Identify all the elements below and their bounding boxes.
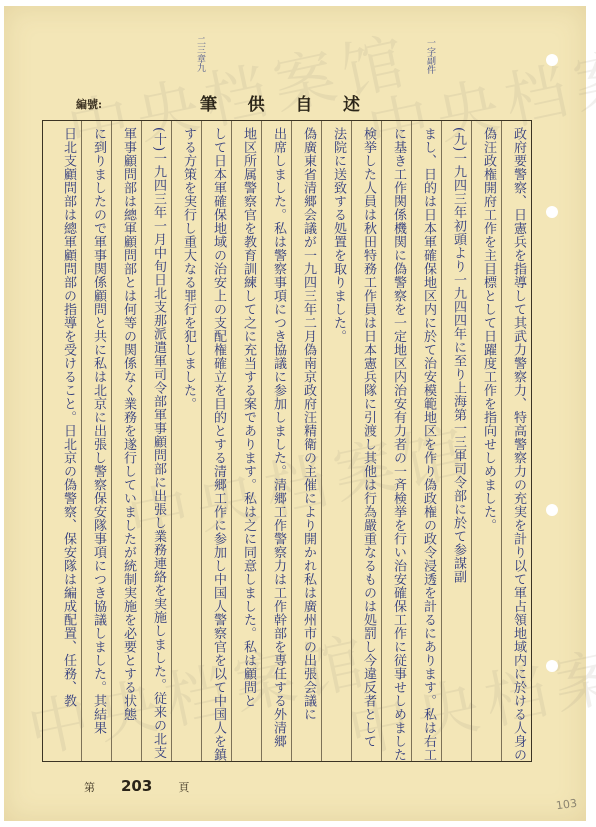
page-label-prefix: 第 xyxy=(84,779,95,795)
text-column: 出席しました。私は警察事項につき協議に参加しました。清郷工作警察力は工作幹部を専… xyxy=(261,121,291,761)
text-column: 日北支顧問部は總軍顧問部の指導を受けること。日北京の偽警察、保安隊は編成配置、任… xyxy=(51,121,81,761)
text-column: 検挙した人員は秋田特務工作員は日本憲兵隊に引渡し其他は行為嚴重なるものは処罰し今… xyxy=(351,121,381,761)
annotation-top-right: 一字副件 xyxy=(424,38,437,74)
text-column: 軍事顧問部は總軍顧問部とは何等の関係なく業務を遂行していましたが統制実施を必要と… xyxy=(111,121,141,761)
text-column: 偽汪政権開府工作を主目標として日躍度工作を指向せしめました。 xyxy=(471,121,501,761)
title-char: 自 xyxy=(295,90,312,115)
punch-hole xyxy=(546,206,558,218)
punch-hole xyxy=(546,504,558,516)
punch-hole xyxy=(546,660,558,672)
text-column: (九)一九四三年初頭より一九四四年に至り上海第一三軍司令部に於て参謀副 xyxy=(441,121,471,761)
label-number: 編號: xyxy=(76,96,102,112)
text-column: 偽廣東省清郷会議が一九四三年二月偽南京政府汪精衛の主催により開かれ私は廣州市の出… xyxy=(291,121,321,761)
page-number-footer: 第 203 頁 xyxy=(84,777,189,795)
text-column: に基き工作関係機関に偽警察を一定地区内治安有力者の一斉検挙を行い治安確保工作に従… xyxy=(381,121,411,761)
text-column: 法院に送致する処置を取りました。 xyxy=(321,121,351,761)
punch-hole xyxy=(546,54,558,66)
text-column: まし、日的は日本軍確保地区内に於て治安模範地区を作り偽政権の政令浸透を計るにあり… xyxy=(411,121,441,761)
title-char: 述 xyxy=(343,90,360,115)
archive-stamp: 103 xyxy=(555,797,578,813)
text-column: (十)一九四三年一月中旬日北支那派遣軍司令部軍事顧問部に出張し業務連絡を実施しま… xyxy=(141,121,171,761)
text-column: する方策を実行し重大なる罪行を犯しました。 xyxy=(171,121,201,761)
title-char: 筆 xyxy=(200,90,217,115)
page-title: 筆 供 自 述 xyxy=(200,90,360,115)
page-number: 203 xyxy=(121,777,152,795)
manuscript-grid: 政府要警察、日憲兵を指導して其武力警察力、特高警察力の充実を計り以て軍占領地域内… xyxy=(42,120,532,762)
text-column: 地区所属警察官を教育訓練して之に充当する案であります。私は之に同意しました。私は… xyxy=(231,121,261,761)
text-column: に到りましたので軍事関係顧問と共に私は北京に出張し警察保安隊事項につき協議しまし… xyxy=(81,121,111,761)
annotation-top-left: 二三章九 xyxy=(194,36,207,72)
text-column: して日本軍確保地域の治安上の支配権確立を目的とする清郷工作に参加し中国人警察官を… xyxy=(201,121,231,761)
document-page: 中央档案馆 中央档案馆 中央档案馆 中央档案馆 中央档案馆 二三章九 一字副件 … xyxy=(4,6,586,821)
title-char: 供 xyxy=(248,90,265,115)
text-column: 政府要警察、日憲兵を指導して其武力警察力、特高警察力の充実を計り以て軍占領地域内… xyxy=(501,121,531,761)
page-label-suffix: 頁 xyxy=(178,779,189,795)
